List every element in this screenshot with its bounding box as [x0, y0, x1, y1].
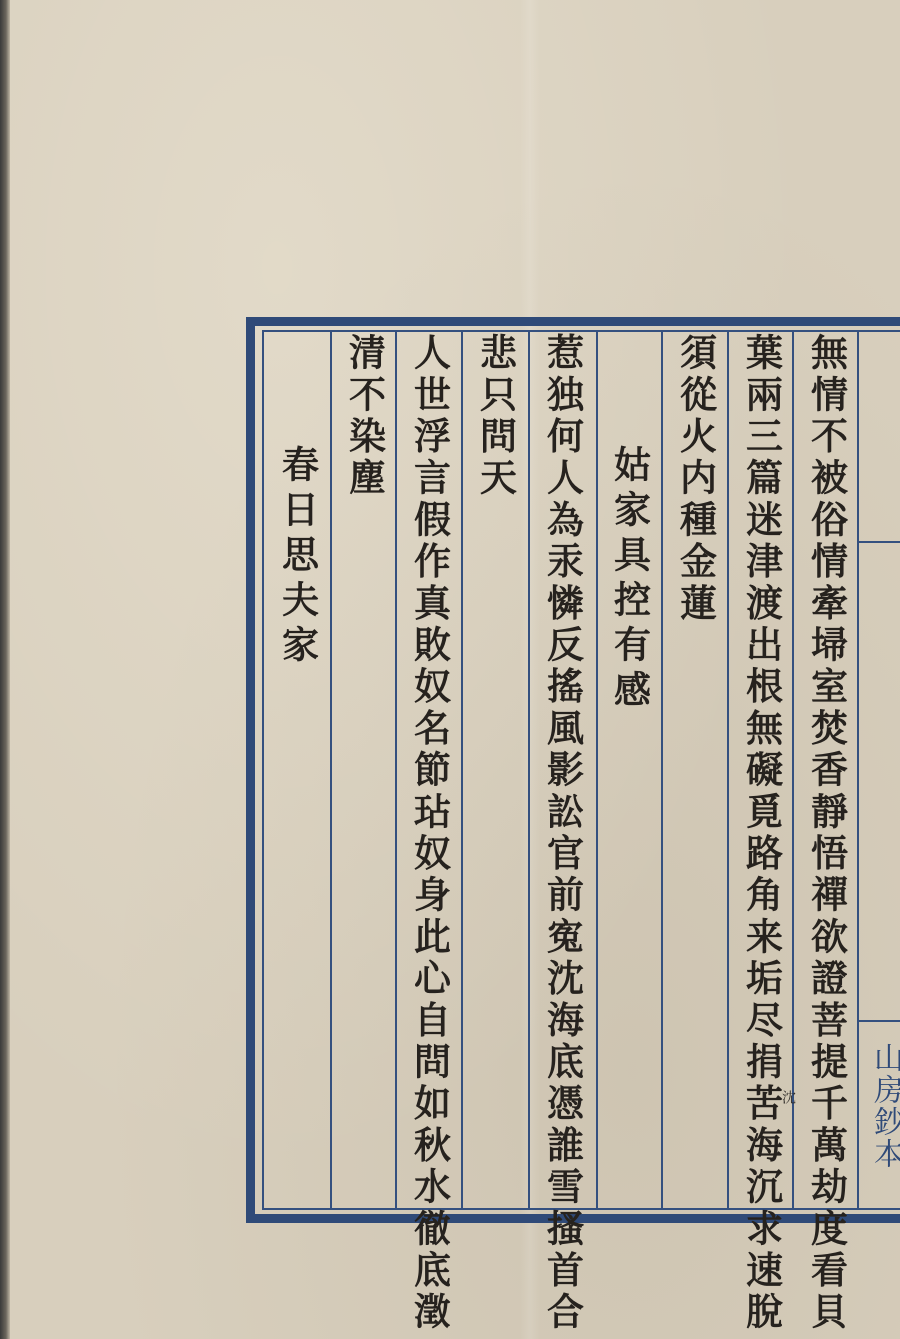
text-column-6: 悲只問天 — [464, 333, 526, 500]
column-rule — [792, 330, 794, 1210]
column-rule — [395, 330, 397, 1210]
text-column-8: 清不染塵 — [333, 333, 395, 500]
margin-box-line — [857, 541, 900, 543]
verse-text: 清不染塵 — [346, 333, 383, 500]
column-rule — [528, 330, 530, 1210]
verse-text: 須從火内種金蓮 — [677, 333, 714, 625]
margin-label: 山房鈔本 — [866, 1042, 900, 1170]
column-rule — [727, 330, 729, 1210]
verse-text: 悲只問天 — [477, 333, 514, 500]
text-column-1: 無情不被俗情牽埽室焚香靜悟禪欲證菩提千萬劫度看貝 — [795, 333, 857, 1334]
verse-text: 人世浮言假作真敗奴名節玷奴身此心自問如秋水徹底澂 — [411, 333, 448, 1334]
verse-text: 葉兩三篇迷津渡出根無礙覓路角来垢尽捐苦海沉求速脫 — [743, 333, 780, 1334]
marginal-annotation: 沈 — [778, 1090, 798, 1104]
text-column-3: 須從火内種金蓮 — [664, 333, 726, 625]
text-column-5: 惹独何人為汞憐反搖風影訟官前寃沈海底憑誰雪搔首合 — [531, 333, 593, 1334]
column-rule — [330, 330, 332, 1210]
title-text: 春日思夫家 — [279, 445, 316, 670]
page-edge — [0, 0, 10, 1339]
column-rule — [857, 330, 859, 1210]
verse-text: 惹独何人為汞憐反搖風影訟官前寃沈海底憑誰雪搔首合 — [544, 333, 581, 1334]
poem-title-1: 姑家具控有感 — [598, 445, 660, 715]
title-text: 姑家具控有感 — [611, 445, 648, 715]
text-column-7: 人世浮言假作真敗奴名節玷奴身此心自問如秋水徹底澂 — [398, 333, 460, 1334]
column-rule — [661, 330, 663, 1210]
margin-box-line — [857, 1020, 900, 1022]
verse-text: 無情不被俗情牽埽室焚香靜悟禪欲證菩提千萬劫度看貝 — [808, 333, 845, 1334]
text-column-2: 葉兩三篇迷津渡出根無礙覓路角来垢尽捐苦海沉求速脫 — [730, 333, 792, 1334]
column-rule — [461, 330, 463, 1210]
poem-title-2: 春日思夫家 — [266, 445, 328, 670]
